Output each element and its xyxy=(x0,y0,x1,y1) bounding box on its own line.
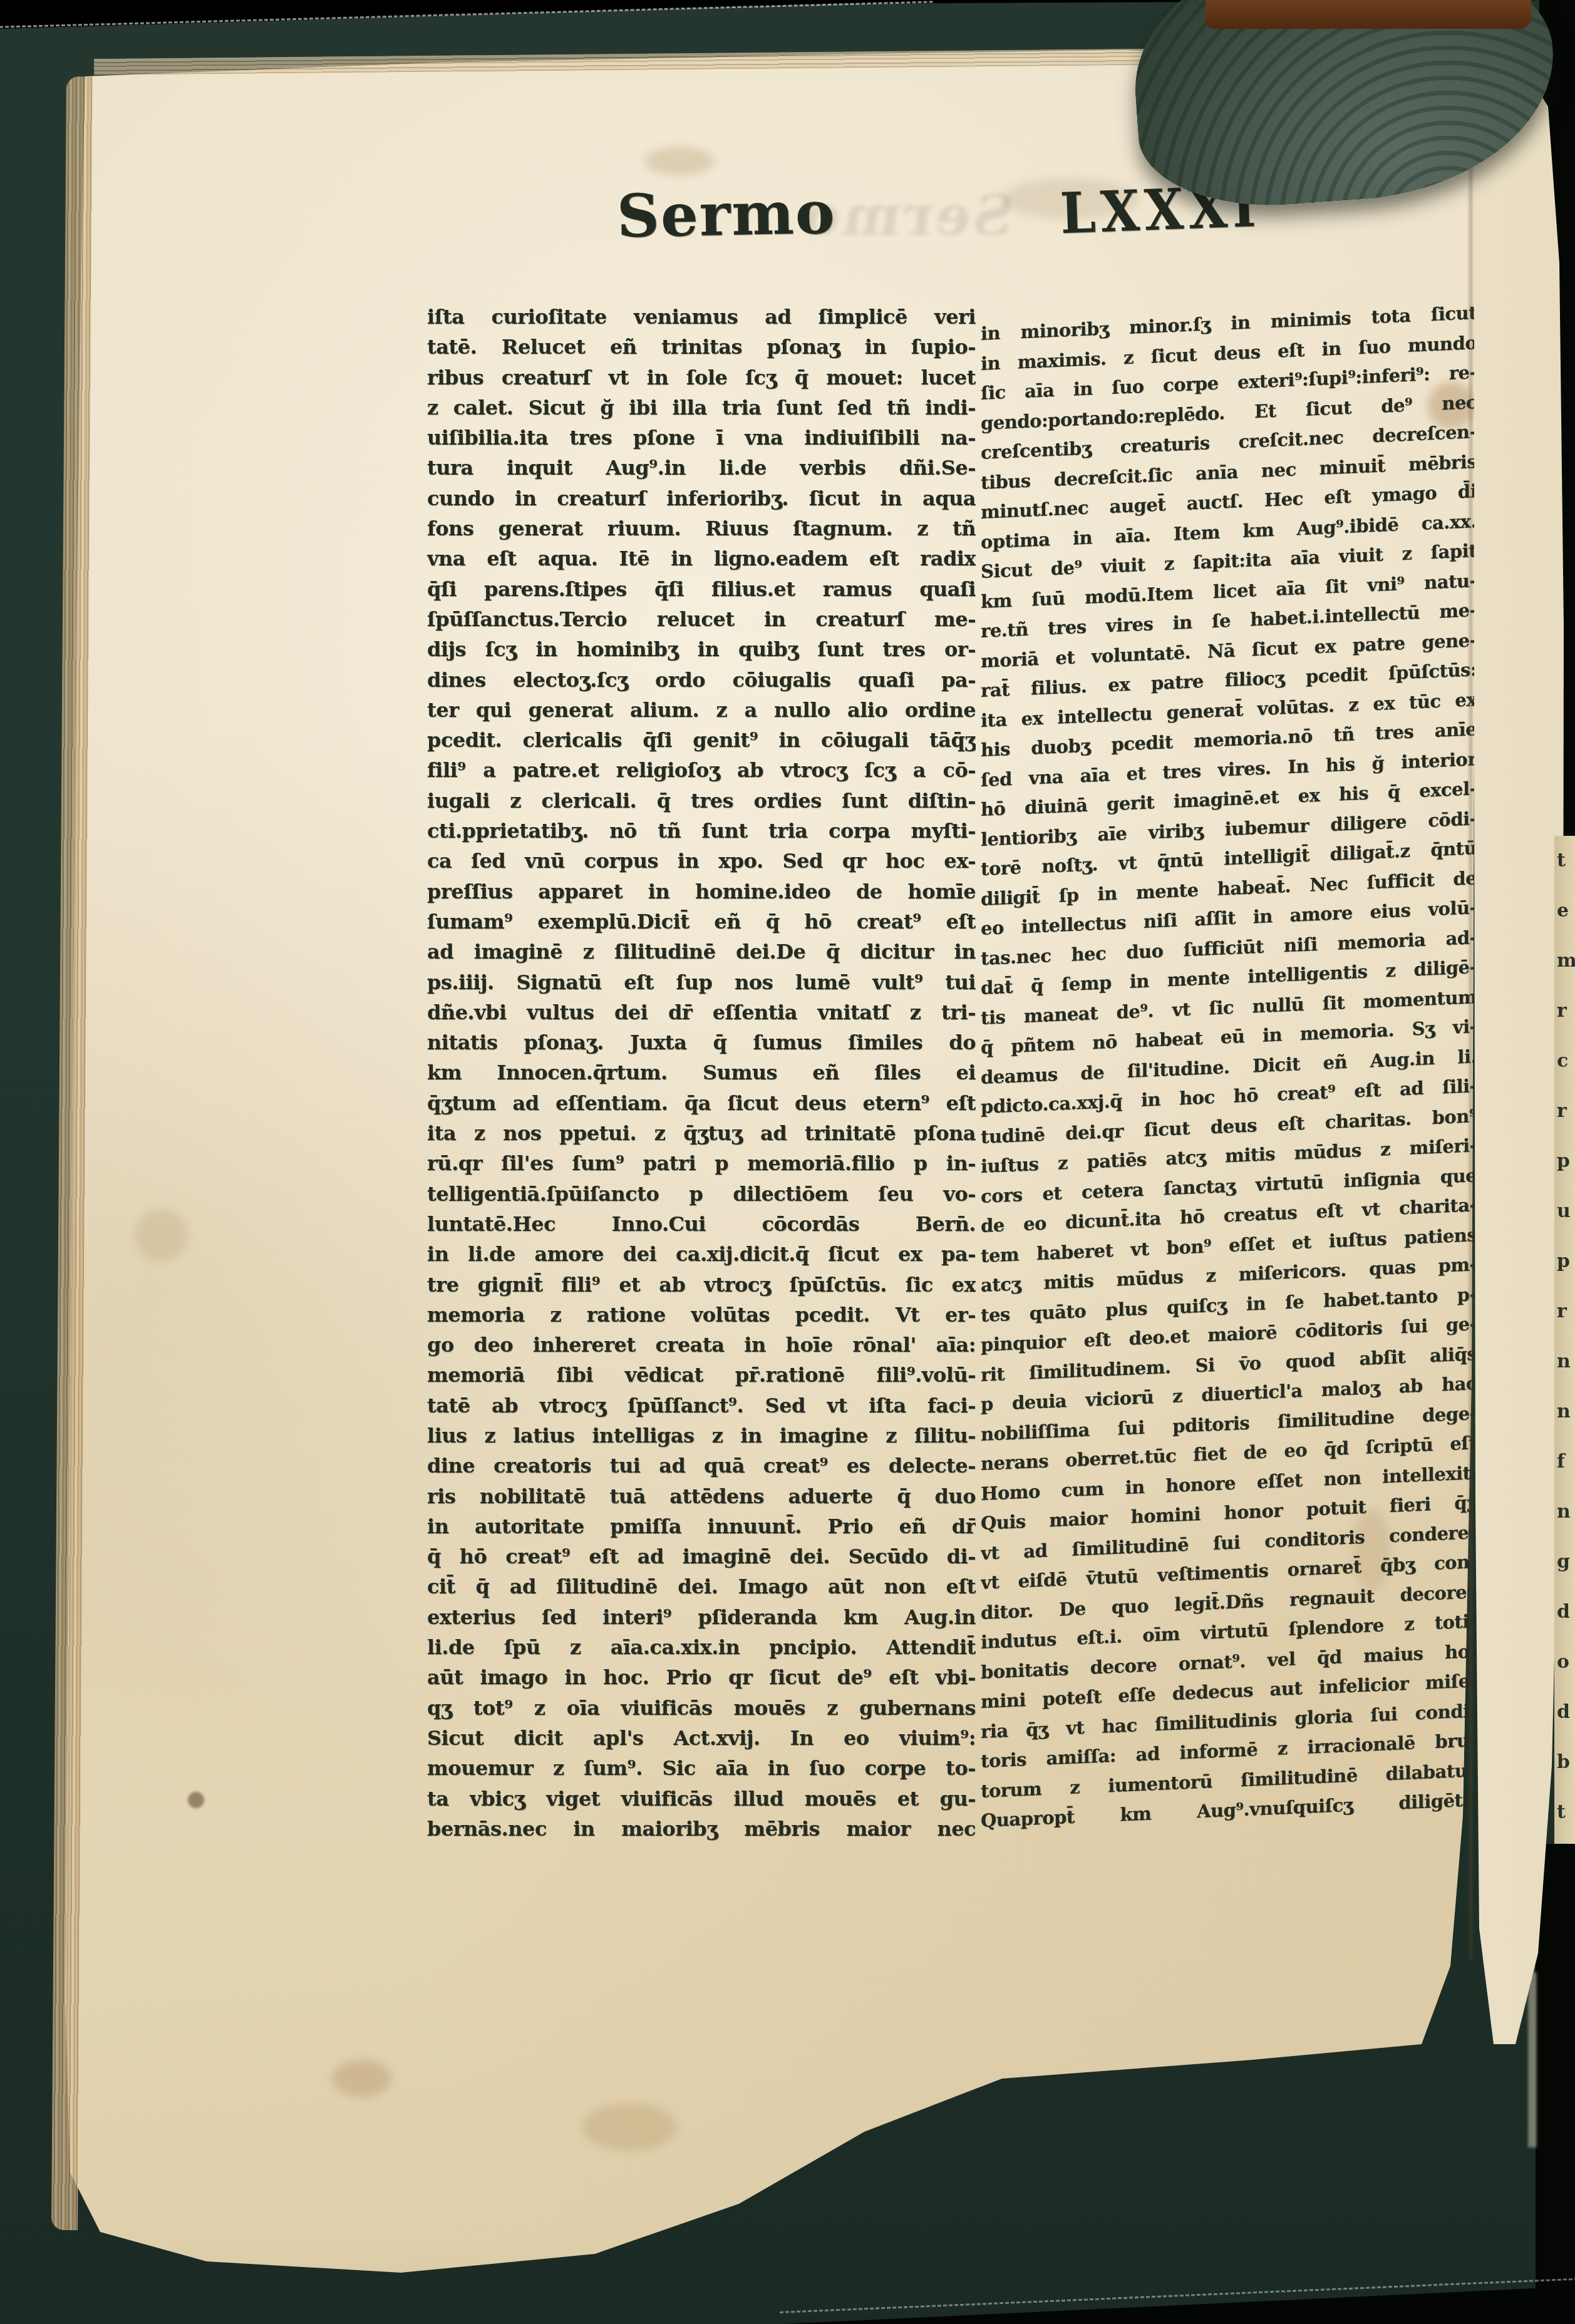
text-line: iſta curioſitate veniamus ad ſimplicē ve… xyxy=(427,302,976,332)
paper-stain xyxy=(645,147,714,175)
text-line: qʒ tot⁹ z oīa viuificās mouēs z gubernan… xyxy=(427,1693,976,1723)
text-line: nitatis pſonaʒ. Juxta q̄ ſumus ſimiles d… xyxy=(427,1027,976,1057)
text-line: Sicut dicit apl's Act.xvij. In eo viuim⁹… xyxy=(427,1723,976,1753)
under-leaf-edge xyxy=(1528,1972,1537,2147)
text-line: ribus creaturſ vt in ſole ſcʒ q̄ mouet: … xyxy=(427,362,976,393)
running-title: Sermo xyxy=(616,178,836,251)
bleed-through-glyph: r xyxy=(1554,1086,1575,1136)
text-line: li.de ſpū z aīa.ca.xix.in pncipio. Atten… xyxy=(427,1632,976,1662)
text-line: ſumam⁹ exemplū.Dicit̄ eñ q̄ hō creat⁹ eſ… xyxy=(427,907,976,937)
bleed-through-glyph: t xyxy=(1554,1787,1575,1838)
text-line: in autoritate pmiſſa innuunt̄. Prio eñ d… xyxy=(427,1511,976,1541)
text-line: q̄ʒtum ad eſſentiam. q̄a ſicut deus eter… xyxy=(427,1088,976,1118)
text-line: tura inquit Aug⁹.in li.de verbis dñi.Se- xyxy=(427,453,976,483)
text-line: dijs ſcʒ in hominibʒ in quibʒ ſunt tres … xyxy=(427,634,976,664)
text-column-right: in minoribʒ minor.ſʒ in minimis tota ſic… xyxy=(981,298,1477,1836)
page-crease xyxy=(1469,106,1472,1960)
text-line: ta vbicʒ viget viuificās illud mouēs et … xyxy=(427,1784,976,1814)
text-line: telligentiā.ſpūiſancto p dilectiōem ſeu … xyxy=(427,1179,976,1209)
bleed-through-glyph: t xyxy=(1554,836,1575,886)
next-page-text-sliver: temrcrpuprnnfngdodbt xyxy=(1554,836,1575,1844)
bleed-through-glyph: o xyxy=(1554,1637,1575,1687)
bleed-through-glyph: c xyxy=(1554,1036,1575,1086)
binding-leather-strip xyxy=(1206,0,1531,29)
paper-stain xyxy=(135,1208,188,1262)
text-line: mouemur z ſum⁹. Sic aīa in ſuo corpe to- xyxy=(427,1753,976,1783)
text-line: cit̄ q̄ ad ſilitudinē dei. Imago aūt non… xyxy=(427,1571,976,1602)
bleed-through-glyph: d xyxy=(1554,1587,1575,1637)
text-line: cti.pprietatibʒ. nō tñ ſunt tria corpa m… xyxy=(427,816,976,846)
text-line: tre gignit̄ fili⁹ et ab vtrocʒ ſpūſctūs.… xyxy=(427,1270,976,1300)
bleed-through-glyph: u xyxy=(1554,1186,1575,1237)
text-line: dñe.vbi vultus dei dr̄ eſſentia vnitatſ … xyxy=(427,997,976,1027)
text-line: aūt imago in hoc. Prio qr ſicut de⁹ eſt … xyxy=(427,1662,976,1692)
bleed-through-glyph: r xyxy=(1554,986,1575,1036)
bleed-through-glyph: n xyxy=(1554,1337,1575,1387)
text-column-left: iſta curioſitate veniamus ad ſimplicē ve… xyxy=(427,302,976,1844)
text-line: q̄ſi parens.ſtipes q̄ſi filius.et ramus … xyxy=(427,574,976,604)
paper-stain xyxy=(332,2060,391,2097)
bleed-through-glyph: e xyxy=(1554,886,1575,936)
text-line: vna eſt aqua. Itē in ligno.eadem eſt rad… xyxy=(427,543,976,573)
bleed-through-glyph: b xyxy=(1554,1737,1575,1787)
book-scan: Sermo Sermo LXXXI iſta curioſitate venia… xyxy=(0,0,1575,2324)
paper-stain xyxy=(582,2104,676,2151)
text-line: ris nobilitatē tuā attēdens aduerte q̄ d… xyxy=(427,1481,976,1511)
text-line: tatē. Relucet eñ trinitas pſonaʒ in ſupi… xyxy=(427,332,976,362)
bleed-through-glyph: g xyxy=(1554,1537,1575,1587)
text-line: in li.de amore dei ca.xij.dicit.q̄ ſicut… xyxy=(427,1239,976,1269)
bleed-through-glyph: p xyxy=(1554,1237,1575,1287)
text-line: luntatē.Hec Inno.Cui cōcordās Bern̄. xyxy=(427,1209,976,1239)
text-line: memoria z ratione volūtas pcedit. Vt er- xyxy=(427,1300,976,1330)
text-line: ſpūſſanctus.Tercio relucet in creaturſ m… xyxy=(427,604,976,634)
text-line: fons generat riuum. Riuus ſtagnum. z tñ xyxy=(427,513,976,543)
bleed-through-glyph: r xyxy=(1554,1287,1575,1337)
text-line: dines electoʒ.ſcʒ ordo cōiugalis quaſi p… xyxy=(427,665,976,695)
bleed-through-glyph: d xyxy=(1554,1687,1575,1737)
text-line: rū.qr ſil'es ſum⁹ patri p memoriā.filio … xyxy=(427,1148,976,1178)
bleed-through-glyph: f xyxy=(1554,1437,1575,1487)
text-line: z calet. Sicut ğ ibi illa tria ſunt ſed … xyxy=(427,393,976,423)
paper-stain xyxy=(188,1792,204,1808)
text-line: ca ſed vnū corpus in xpo. Sed qr hoc ex- xyxy=(427,846,976,876)
text-line: ad imaginē z ſilitudinē dei.De q̄ dicitu… xyxy=(427,937,976,967)
text-line: km Innocen.q̄rtum. Sumus eñ ſiles ei xyxy=(427,1057,976,1087)
text-line: uiſibilia.ita tres pſone ī vna indiuiſib… xyxy=(427,423,976,453)
text-line: tatē ab vtrocʒ ſpūſſanct⁹. Sed vt iſta f… xyxy=(427,1391,976,1421)
text-line: fili⁹ a patre.et religioſoʒ ab vtrocʒ ſc… xyxy=(427,755,976,785)
text-line: iugali z clericali. q̄ tres ordies ſunt … xyxy=(427,786,976,816)
text-line: pcedit. clericalis q̄ſi genit⁹ in cōiuga… xyxy=(427,725,976,755)
scan-edge-right-bottom xyxy=(1536,1844,1575,2324)
bleed-through-glyph: m xyxy=(1554,936,1575,986)
text-line: exterius ſed interi⁹ pſideranda km Aug.i… xyxy=(427,1602,976,1632)
bleed-through-glyph: n xyxy=(1554,1487,1575,1537)
text-line: bernās.nec in maioribʒ mēbris maior nec xyxy=(427,1814,976,1844)
bleed-through-glyph: n xyxy=(1554,1387,1575,1437)
text-line: memoriā ſibi vēdicat pr̄.rationē fili⁹.v… xyxy=(427,1360,976,1390)
text-line: preſſius apparet in homine.ideo de homīe xyxy=(427,877,976,907)
text-line: ter qui generat alium. z a nullo alio or… xyxy=(427,695,976,725)
bleed-through-glyph: p xyxy=(1554,1136,1575,1186)
text-line: ps.iiij. Signatū eſt ſup nos lumē vult⁹ … xyxy=(427,967,976,997)
text-line: q̄ hō creat⁹ eſt ad imaginē dei. Secūdo … xyxy=(427,1541,976,1571)
text-line: cundo in creaturſ inferioribʒ. ſicut in … xyxy=(427,483,976,513)
text-line: dine creatoris tui ad quā creat⁹ es dele… xyxy=(427,1451,976,1481)
text-line: ita z nos ppetui. z q̄ʒtuʒ ad trinitatē … xyxy=(427,1118,976,1148)
text-line: lius z latius intelligas z in imagine z … xyxy=(427,1421,976,1451)
text-line: go deo inhereret creata in hoīe rōnal' a… xyxy=(427,1330,976,1360)
